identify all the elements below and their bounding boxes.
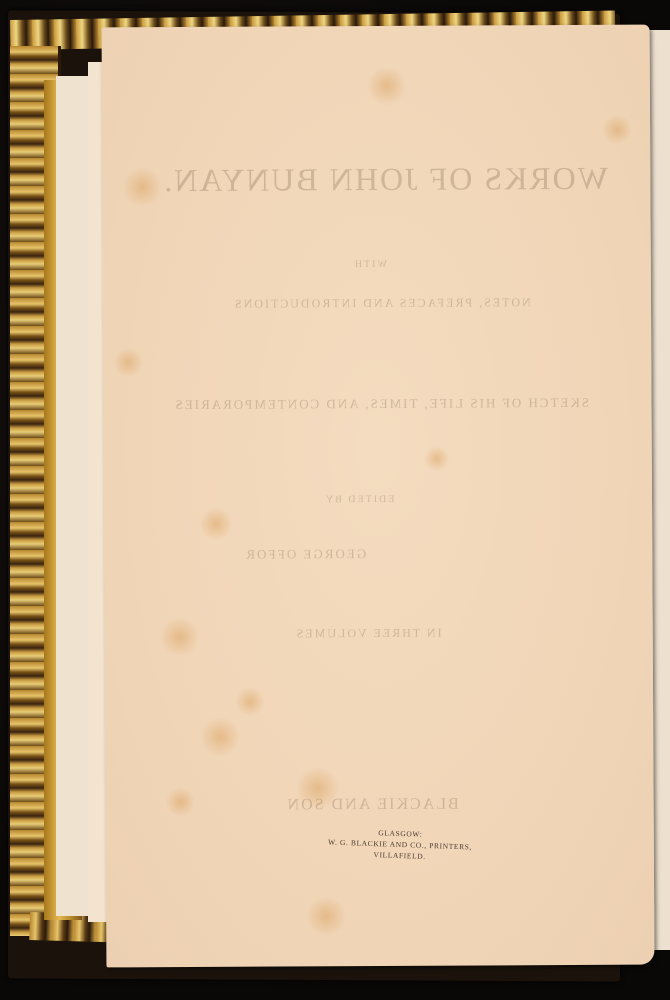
foxing-spot — [199, 507, 233, 541]
imprint-page: WORKS OF JOHN BUNYAN. WITH NOTES, PREFAC… — [102, 25, 655, 968]
foxing-spot — [235, 687, 265, 717]
foxing-spot — [160, 617, 200, 657]
foxing-spot — [602, 115, 632, 145]
show-through-line: NOTES, PREFACES AND INTRODUCTIONS — [233, 295, 531, 312]
printer-imprint: GLASGOW: W. G. BLACKIE AND CO., PRINTERS… — [299, 825, 500, 865]
show-through-line: SKETCH OF HIS LIFE, TIMES, AND CONTEMPOR… — [173, 395, 589, 413]
foxing-spot — [166, 787, 196, 817]
foxing-spot — [122, 167, 162, 207]
show-through-title: WORKS OF JOHN BUNYAN. — [162, 160, 608, 199]
foxing-spot — [200, 717, 240, 757]
show-through-line: IN THREE VOLUMES — [295, 626, 442, 642]
show-through-line: BLACKIE AND SON — [286, 796, 459, 815]
show-through-line: GEORGE OFFOR — [244, 546, 366, 563]
foxing-spot — [424, 446, 450, 472]
show-through-line: WITH — [353, 259, 387, 270]
show-through-line: EDITED BY — [324, 494, 395, 505]
foxing-spot — [113, 347, 143, 377]
foxing-spot — [306, 896, 346, 936]
foxing-spot — [367, 66, 407, 106]
